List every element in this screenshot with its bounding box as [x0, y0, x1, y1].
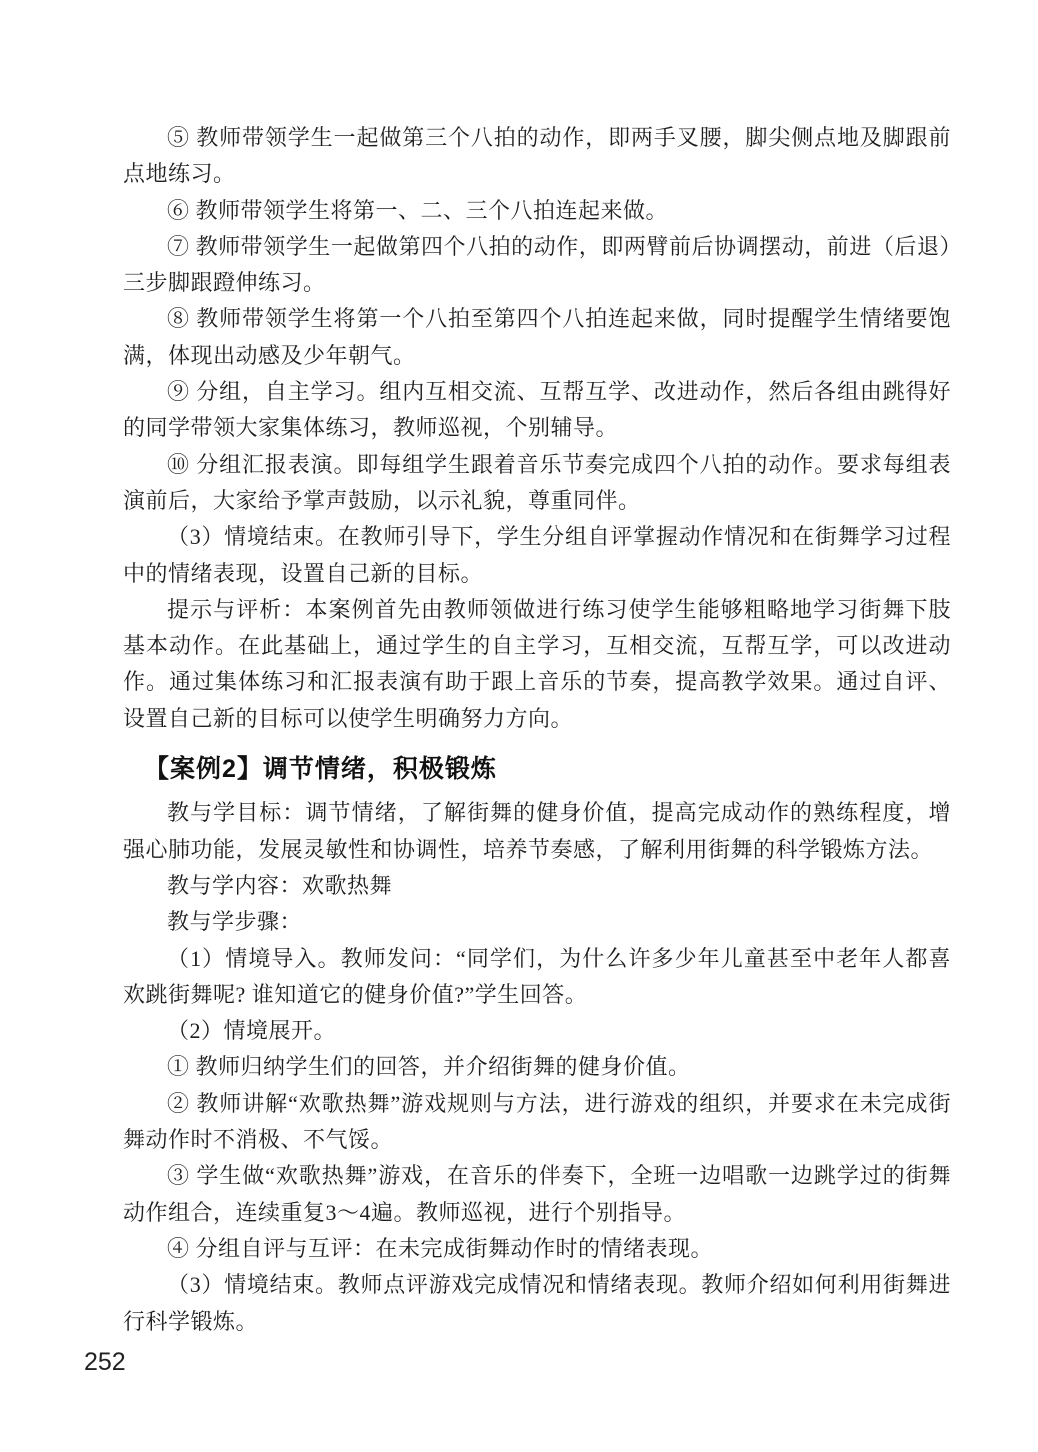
body-paragraph: （2）情境展开。 — [123, 1013, 951, 1049]
body-paragraph: 提示与评析：本案例首先由教师领做进行练习使学生能够粗略地学习街舞下肢基本动作。在… — [123, 592, 951, 737]
body-paragraph: ⑩ 分组汇报表演。即每组学生跟着音乐节奏完成四个八拍的动作。要求每组表演前后，大… — [123, 447, 951, 520]
body-paragraph: 教与学步骤： — [123, 904, 951, 940]
body-paragraph: ⑧ 教师带领学生将第一个八拍至第四个八拍连起来做，同时提醒学生情绪要饱满，体现出… — [123, 301, 951, 374]
page-content: ⑤ 教师带领学生一起做第三个八拍的动作，即两手叉腰，脚尖侧点地及脚跟前点地练习。… — [123, 120, 951, 1340]
page-number: 252 — [84, 1348, 126, 1377]
body-paragraph: （1）情境导入。教师发问：“同学们，为什么许多少年儿童甚至中老年人都喜欢跳街舞呢… — [123, 941, 951, 1014]
body-paragraph: ⑥ 教师带领学生将第一、二、三个八拍连起来做。 — [123, 193, 951, 229]
body-paragraph: ① 教师归纳学生们的回答，并介绍街舞的健身价值。 — [123, 1049, 951, 1085]
body-paragraph: 教与学内容：欢歌热舞 — [123, 868, 951, 904]
body-paragraph: ⑨ 分组，自主学习。组内互相交流、互帮互学、改进动作，然后各组由跳得好的同学带领… — [123, 374, 951, 447]
body-paragraph: ⑦ 教师带领学生一起做第四个八拍的动作，即两臂前后协调摆动，前进（后退）三步脚跟… — [123, 229, 951, 302]
book-page: ⑤ 教师带领学生一起做第三个八拍的动作，即两手叉腰，脚尖侧点地及脚跟前点地练习。… — [0, 0, 1038, 1452]
body-paragraph: （3）情境结束。教师点评游戏完成情况和情绪表现。教师介绍如何利用街舞进行科学锻炼… — [123, 1267, 951, 1340]
body-paragraph: ⑤ 教师带领学生一起做第三个八拍的动作，即两手叉腰，脚尖侧点地及脚跟前点地练习。 — [123, 120, 951, 193]
case-heading: 【案例2】调节情绪，积极锻炼 — [123, 751, 951, 787]
body-paragraph: ③ 学生做“欢歌热舞”游戏，在音乐的伴奏下，全班一边唱歌一边跳学过的街舞动作组合… — [123, 1158, 951, 1231]
body-paragraph: 教与学目标：调节情绪，了解街舞的健身价值，提高完成动作的熟练程度，增强心肺功能，… — [123, 795, 951, 868]
body-paragraph: （3）情境结束。在教师引导下，学生分组自评掌握动作情况和在街舞学习过程中的情绪表… — [123, 519, 951, 592]
body-paragraph: ② 教师讲解“欢歌热舞”游戏规则与方法，进行游戏的组织，并要求在未完成街舞动作时… — [123, 1086, 951, 1159]
body-paragraph: ④ 分组自评与互评：在未完成街舞动作时的情绪表现。 — [123, 1231, 951, 1267]
